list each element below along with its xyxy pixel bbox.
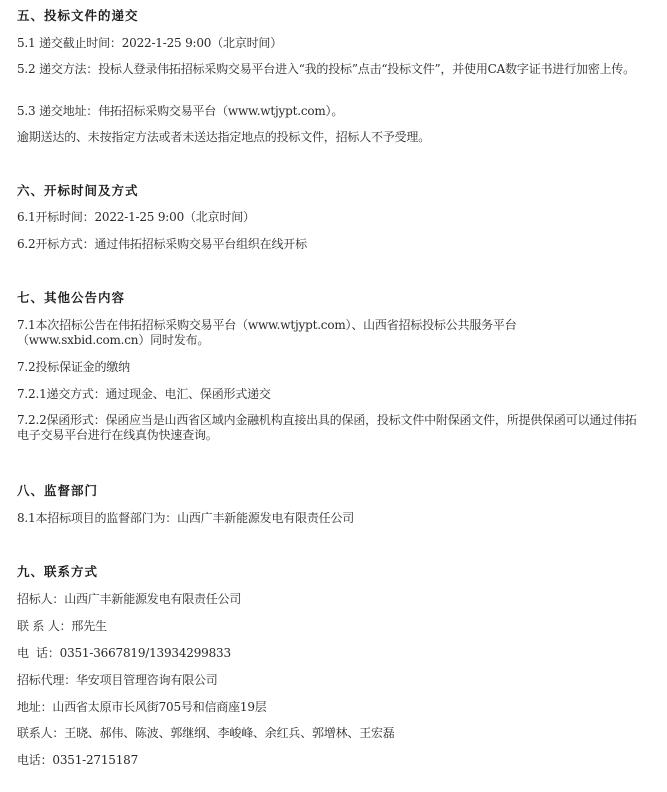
section-7-heading: 七、其他公告内容	[17, 291, 125, 305]
contact-address: 地址：山西省太原市长风街705号和信商座19层	[17, 700, 267, 714]
section-7-2-2-guarantee-form: 7.2.2保函形式：保函应当是山西省区域内金融机构直接出具的保函，投标文件中附保…	[17, 413, 642, 443]
section-5-1-deadline: 5.1 递交截止时间：2022-1-25 9:00（北京时间）	[17, 36, 282, 50]
section-8-1-supervisor: 8.1本招标项目的监督部门为：山西广丰新能源发电有限责任公司	[17, 511, 354, 525]
section-6-2-opening-method: 6.2开标方式：通过伟拓招标采购交易平台组织在线开标	[17, 237, 307, 251]
section-6-heading: 六、开标时间及方式	[17, 184, 139, 198]
contact-agent-phone: 电话：0351-2715187	[17, 753, 138, 767]
contact-tenderer: 招标人：山西广丰新能源发电有限责任公司	[17, 592, 241, 606]
contact-agent: 招标代理：华安项目管理咨询有限公司	[17, 673, 218, 687]
section-5-late-notice: 逾期送达的、未按指定方法或者未送达指定地点的投标文件，招标人不予受理。	[17, 130, 430, 144]
contact-phone: 电 话：0351-3667819/13934299833	[17, 646, 231, 660]
section-5-2-method: 5.2 递交方法：投标人登录伟拓招标采购交易平台进入“我的投标”点击“投标文件”…	[17, 62, 642, 77]
section-5-3-address: 5.3 递交地址：伟拓招标采购交易平台（www.wtjypt.com）。	[17, 104, 343, 118]
contact-person: 联 系 人：邢先生	[17, 619, 107, 633]
section-7-2-1-payment-method: 7.2.1递交方式：通过现金、电汇、保函形式递交	[17, 387, 271, 401]
section-9-heading: 九、联系方式	[17, 565, 98, 579]
contact-agent-persons: 联系人：王晓、郝伟、陈波、郭继纲、李峻峰、余红兵、郭增林、王宏磊	[17, 726, 395, 740]
section-8-heading: 八、监督部门	[17, 484, 98, 498]
section-7-1-publication: 7.1本次招标公告在伟拓招标采购交易平台（www.wtjypt.com）、山西省…	[17, 318, 642, 348]
section-6-1-opening-time: 6.1开标时间：2022-1-25 9:00（北京时间）	[17, 210, 255, 224]
section-5-heading: 五、投标文件的递交	[17, 9, 139, 23]
section-7-2-deposit: 7.2投标保证金的缴纳	[17, 360, 130, 374]
